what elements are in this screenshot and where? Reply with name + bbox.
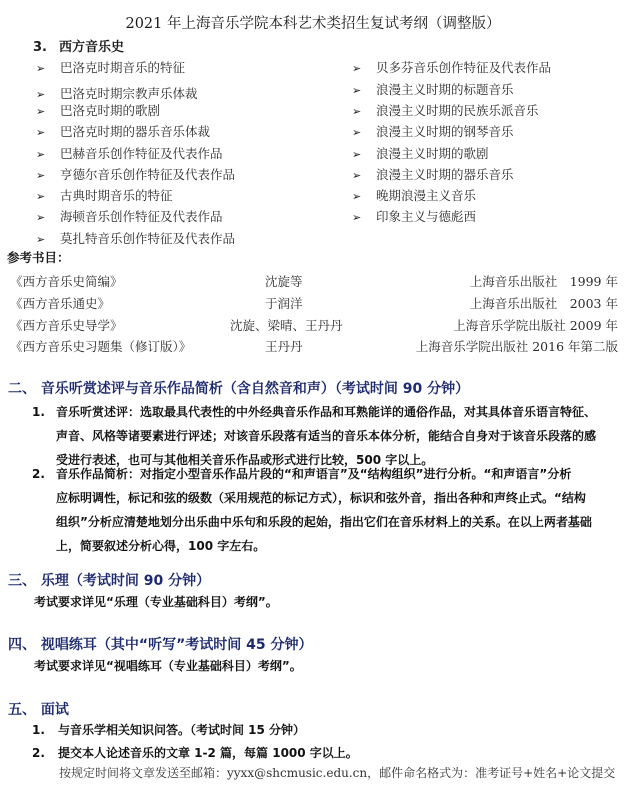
arrow-bullet-icon: ➢ (36, 62, 60, 75)
list-item: ➢巴洛克时期的歌剧 (36, 101, 160, 119)
reference-author: 于润洋 (265, 294, 303, 312)
arrow-bullet-icon: ➢ (352, 105, 376, 118)
list-item: ➢浪漫主义时期的钢琴音乐 (352, 122, 514, 140)
reference-author: 沈旋、梁晴、王丹丹 (230, 316, 343, 334)
list-item: ➢巴赫音乐创作特征及代表作品 (36, 144, 223, 162)
reference-author: 沈旋等 (265, 272, 303, 290)
arrow-bullet-icon: ➢ (36, 169, 60, 182)
submission-note: 按规定时间将文章发送至邮箱：yyxx@shcmusic.edu.cn，邮件命名格… (59, 764, 615, 781)
item-number: 2. (32, 462, 45, 486)
item-text: 提交本人论述音乐的文章 1-2 篇，每篇 1000 字以上。 (58, 741, 622, 765)
arrow-bullet-icon: ➢ (352, 190, 376, 203)
reference-publisher: 上海音乐学院出版社 2009 年 (453, 316, 618, 334)
list-item: ➢晚期浪漫主义音乐 (352, 186, 476, 204)
arrow-bullet-icon: ➢ (352, 148, 376, 161)
arrow-bullet-icon: ➢ (36, 88, 60, 101)
paragraph-line: 上，简要叙述分析心得，100 字左右。 (56, 534, 622, 558)
list-item: ➢莫扎特音乐创作特征及代表作品 (36, 229, 235, 247)
list-item-text: 海顿音乐创作特征及代表作品 (60, 209, 223, 224)
paragraph-line: 组织”分析应清楚地划分出乐曲中乐句和乐段的起始，指出它们在音乐材料上的关系。在以… (56, 510, 622, 534)
list-item: ➢亨德尔音乐创作特征及代表作品 (36, 165, 235, 183)
item-number: 1. (32, 718, 45, 742)
arrow-bullet-icon: ➢ (352, 211, 376, 224)
list-item-text: 浪漫主义时期的歌剧 (376, 146, 489, 161)
arrow-bullet-icon: ➢ (36, 233, 60, 246)
section-four-body: 考试要求详见“视唱练耳（专业基础科目）考纲”。 (34, 654, 302, 678)
list-item-text: 巴洛克时期的器乐音乐体裁 (60, 124, 210, 139)
paragraph-line: 声音、风格等诸要素进行评述；对该音乐段落有适当的音乐本体分析，能结合自身对于该音… (56, 424, 622, 448)
list-item: ➢古典时期音乐的特征 (36, 186, 173, 204)
list-item: ➢巴洛克时期音乐的特征 (36, 58, 185, 76)
reference-title: 《西方音乐史导学》 (10, 316, 123, 334)
reference-publisher: 上海音乐学院出版社 2016 年第二版 (416, 337, 618, 355)
paragraph-line: 应标明调性，标记和弦的级数（采用规范的标记方式），标识和弦外音，指出各种和声终止… (56, 486, 622, 510)
section-title: 西方音乐史 (59, 40, 124, 55)
arrow-bullet-icon: ➢ (36, 126, 60, 139)
arrow-bullet-icon: ➢ (352, 62, 376, 75)
list-item: ➢浪漫主义时期的歌剧 (352, 144, 489, 162)
item-number: 2. (32, 741, 45, 765)
paragraph-line: 音乐作品简析：对指定小型音乐作品片段的“和声语言”及“结构组织”进行分析。“和声… (56, 462, 622, 486)
references-heading: 参考书目： (7, 248, 70, 266)
list-item: ➢海顿音乐创作特征及代表作品 (36, 207, 223, 225)
arrow-bullet-icon: ➢ (36, 105, 60, 118)
section-two-heading: 二、 音乐听赏述评与音乐作品简析（含自然音和声）（考试时间 90 分钟） (8, 378, 469, 398)
list-item: ➢贝多芬音乐创作特征及代表作品 (352, 58, 551, 76)
section-five-heading: 五、 面试 (8, 699, 69, 719)
list-item-text: 浪漫主义时期的钢琴音乐 (376, 124, 514, 139)
list-item-text: 巴洛克时期的歌剧 (60, 103, 160, 118)
list-item-text: 亨德尔音乐创作特征及代表作品 (60, 167, 235, 182)
reference-title: 《西方音乐史习题集（修订版）》 (10, 337, 191, 355)
section-three-heading: 三、 乐理（考试时间 90 分钟） (8, 570, 210, 590)
list-item: ➢浪漫主义时期的器乐音乐 (352, 165, 514, 183)
list-item-text: 莫扎特音乐创作特征及代表作品 (60, 231, 235, 246)
list-item-text: 浪漫主义时期的标题音乐 (376, 82, 514, 97)
reference-title: 《西方音乐通史》 (10, 294, 110, 312)
section-three-body: 考试要求详见“乐理（专业基础科目）考纲”。 (34, 590, 278, 614)
section-two-item-2: 2. 音乐作品简析：对指定小型音乐作品片段的“和声语言”及“结构组织”进行分析。… (32, 462, 622, 558)
arrow-bullet-icon: ➢ (352, 84, 376, 97)
list-item-text: 巴赫音乐创作特征及代表作品 (60, 146, 223, 161)
list-item-text: 巴洛克时期音乐的特征 (60, 60, 185, 75)
list-item-text: 印象主义与德彪西 (376, 209, 476, 224)
reference-publisher: 上海音乐出版社 1999 年 (470, 272, 618, 290)
paragraph-line: 音乐听赏述评：选取最具代表性的中外经典音乐作品和耳熟能详的通俗作品，对其具体音乐… (56, 400, 622, 424)
arrow-bullet-icon: ➢ (36, 190, 60, 203)
arrow-bullet-icon: ➢ (36, 148, 60, 161)
section-five-item-2: 2. 提交本人论述音乐的文章 1-2 篇，每篇 1000 字以上。 (32, 741, 622, 765)
list-item: ➢浪漫主义时期的标题音乐 (352, 80, 514, 98)
list-item-text: 浪漫主义时期的民族乐派音乐 (376, 103, 539, 118)
list-item-text: 贝多芬音乐创作特征及代表作品 (376, 60, 551, 75)
arrow-bullet-icon: ➢ (352, 169, 376, 182)
list-item-text: 古典时期音乐的特征 (60, 188, 173, 203)
section-number: 3. (33, 40, 59, 55)
reference-publisher: 上海音乐出版社 2003 年 (470, 294, 618, 312)
section-five-item-1: 1. 与音乐学相关知识问答。（考试时间 15 分钟） (32, 718, 622, 742)
reference-title: 《西方音乐史简编》 (10, 272, 123, 290)
list-item: ➢印象主义与德彪西 (352, 207, 476, 225)
list-item-text: 浪漫主义时期的器乐音乐 (376, 167, 514, 182)
item-text: 与音乐学相关知识问答。（考试时间 15 分钟） (58, 718, 622, 742)
list-item-text: 巴洛克时期宗教声乐体裁 (60, 86, 198, 101)
list-item-text: 晚期浪漫主义音乐 (376, 188, 476, 203)
list-item: ➢巴洛克时期宗教声乐体裁 (36, 84, 198, 102)
document-title: 2021 年上海音乐学院本科艺术类招生复试考纲（调整版） (0, 12, 626, 33)
section-3-heading: 3.西方音乐史 (33, 36, 124, 55)
reference-author: 王丹丹 (265, 337, 303, 355)
list-item: ➢浪漫主义时期的民族乐派音乐 (352, 101, 539, 119)
arrow-bullet-icon: ➢ (352, 126, 376, 139)
item-number: 1. (32, 400, 45, 424)
section-four-heading: 四、 视唱练耳（其中“听写”考试时间 45 分钟） (8, 634, 313, 654)
arrow-bullet-icon: ➢ (36, 211, 60, 224)
list-item: ➢巴洛克时期的器乐音乐体裁 (36, 122, 210, 140)
